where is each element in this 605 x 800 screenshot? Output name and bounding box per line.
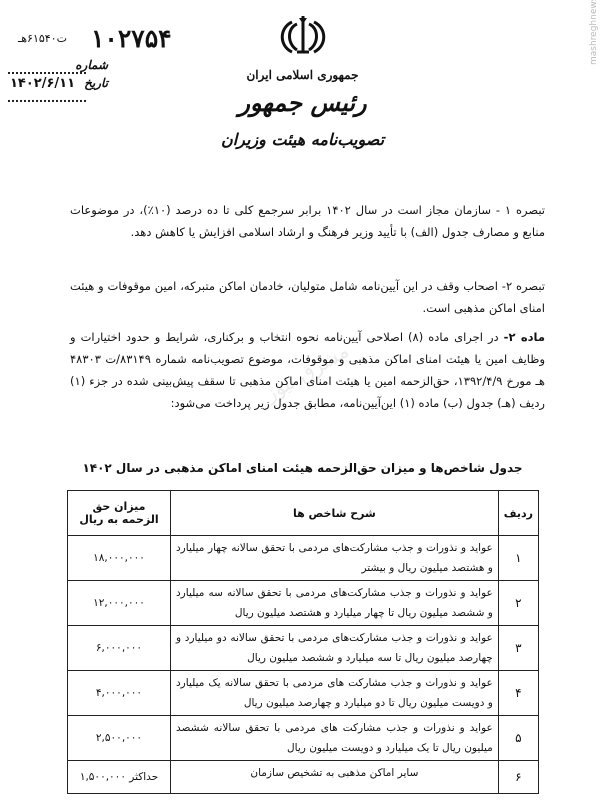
row-amount: ۱۸,۰۰۰,۰۰۰ [68, 536, 171, 581]
row-description: عواید و نذورات و جذب مشارکت‌های مردمی با… [171, 626, 499, 671]
table-row: ۶ سایر اماکن مذهبی به تشخیص سازمان حداکث… [68, 761, 539, 794]
article-2-label: ماده ۲- [504, 330, 545, 344]
number-label: شماره [75, 58, 108, 72]
table-row: ۲ عواید و نذورات و جذب مشارکت‌های مردمی … [68, 581, 539, 626]
serial-number: ۱۰۲۷۵۴ [91, 24, 172, 53]
table-row: ۳ عواید و نذورات و جذب مشارکت‌های مردمی … [68, 626, 539, 671]
note-1: تبصره ۱ - سازمان مجاز است در سال ۱۴۰۲ بر… [70, 199, 545, 243]
table-row: ۴ عواید و نذورات و جذب مشارکت های مردمی … [68, 671, 539, 716]
row-index: ۶ [498, 761, 538, 794]
number-dots [8, 72, 86, 74]
row-amount: ۱۲,۰۰۰,۰۰۰ [68, 581, 171, 626]
row-index: ۲ [498, 581, 538, 626]
row-description: سایر اماکن مذهبی به تشخیص سازمان [171, 761, 499, 794]
date-field: تاریخ ۱۴۰۲/۶/۱۱ [8, 76, 108, 96]
office-title: رئیس جمهور [200, 88, 405, 117]
row-description: عواید و نذورات و جذب مشارکت های مردمی با… [171, 716, 499, 761]
date-label: تاریخ [84, 76, 108, 90]
document-type: تصویب‌نامه هیئت وزیران [200, 130, 405, 149]
article-2-text: در اجرای ماده (۸) اصلاحی آیین‌نامه نحوه … [70, 330, 545, 410]
row-index: ۵ [498, 716, 538, 761]
table-title: جدول شاخص‌ها و میزان حق‌الزحمه هیئت امنا… [67, 461, 538, 475]
country-name: جمهوری اسلامی ایران [200, 68, 405, 82]
row-amount: ۲,۵۰۰,۰۰۰ [68, 716, 171, 761]
row-index: ۳ [498, 626, 538, 671]
table-row: ۵ عواید و نذورات و جذب مشارکت های مردمی … [68, 716, 539, 761]
row-amount: ۶,۰۰۰,۰۰۰ [68, 626, 171, 671]
article-2: ماده ۲- در اجرای ماده (۸) اصلاحی آیین‌نا… [70, 326, 545, 414]
note-2: تبصره ۲- اصحاب وقف در این آیین‌نامه شامل… [70, 275, 545, 319]
header-amount: میزان حق الزحمه به ریال [68, 491, 171, 536]
side-watermark: mashreghnews.ir [589, 15, 603, 65]
date-dots [8, 100, 86, 102]
row-index: ۴ [498, 671, 538, 716]
iran-emblem-icon [277, 14, 329, 56]
row-description: عواید و نذورات و جذب مشارکت‌های مردمی با… [171, 536, 499, 581]
fee-table: ردیف شرح شاخص ها میزان حق الزحمه به ریال… [67, 490, 539, 794]
row-description: عواید و نذورات و جذب مشارکت‌های مردمی با… [171, 581, 499, 626]
row-amount: حداکثر ۱,۵۰۰,۰۰۰ [68, 761, 171, 794]
row-index: ۱ [498, 536, 538, 581]
header-row-index: ردیف [498, 491, 538, 536]
table-header-row: ردیف شرح شاخص ها میزان حق الزحمه به ریال [68, 491, 539, 536]
number-field: شماره [8, 58, 108, 78]
date-value: ۱۴۰۲/۶/۱۱ [10, 76, 75, 91]
row-description: عواید و نذورات و جذب مشارکت های مردمی با… [171, 671, 499, 716]
row-amount: ۴,۰۰۰,۰۰۰ [68, 671, 171, 716]
header-description: شرح شاخص ها [171, 491, 499, 536]
serial-ref: ت۶۱۵۴۰هـ [18, 32, 67, 45]
table-row: ۱ عواید و نذورات و جذب مشارکت‌های مردمی … [68, 536, 539, 581]
serial-block: ۱۰۲۷۵۴ ت۶۱۵۴۰هـ [8, 24, 158, 48]
